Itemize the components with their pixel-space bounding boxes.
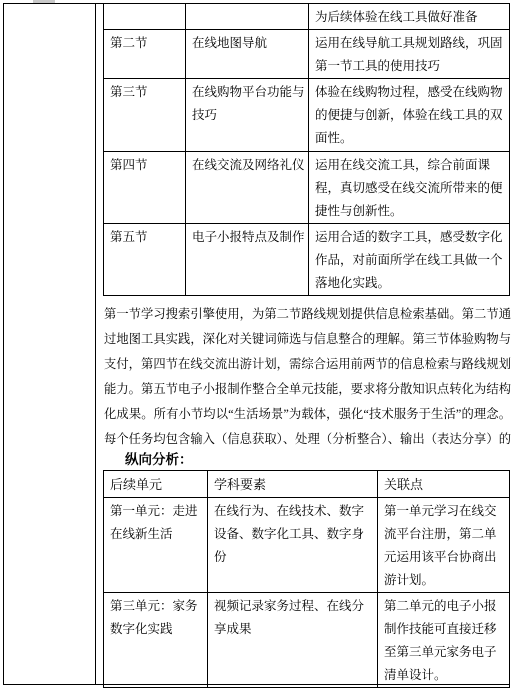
- goal-cell: 运用合适的数字工具，感受数字化作品，对前面所学在线工具做一个落地化实践。: [309, 224, 510, 296]
- title-cell: 电子小报特点及制作: [186, 224, 309, 296]
- section-cell: 第二节: [104, 30, 186, 79]
- header-subject-elements: 学科要素: [208, 471, 378, 498]
- section-cell: 第四节: [104, 152, 186, 224]
- table-row: 为后续体验在线工具做好准备: [104, 4, 510, 30]
- section-cell: 第五节: [104, 224, 186, 296]
- table-row: 第五节 电子小报特点及制作 运用合适的数字工具，感受数字化作品，对前面所学在线工…: [104, 224, 510, 296]
- title-cell: 在线购物平台功能与技巧: [186, 79, 309, 152]
- table-header-row: 后续单元 学科要素 关联点: [104, 471, 510, 498]
- title-cell: 在线地图导航: [186, 30, 309, 79]
- section-cell: [104, 4, 186, 30]
- outer-table-left-border: [3, 3, 4, 685]
- goal-cell: 体验在线购物过程，感受在线购物的便捷与创新，体验在线工具的双面性。: [309, 79, 510, 152]
- unit-cell: 第三单元：家务数字化实践: [104, 593, 208, 688]
- unit-sections-table: 为后续体验在线工具做好准备 第二节 在线地图导航 运用在线导航工具规划路线，巩固…: [103, 3, 510, 296]
- document-page: 为后续体验在线工具做好准备 第二节 在线地图导航 运用在线导航工具规划路线，巩固…: [0, 0, 513, 690]
- elements-cell: 在线行为、在线技术、数字设备、数字化工具、数字身份: [208, 498, 378, 593]
- table-row: 第三单元：家务数字化实践 视频记录家务过程、在线分享成果 第二单元的电子小报制作…: [104, 593, 510, 688]
- section-cell: 第三节: [104, 79, 186, 152]
- horizontal-analysis-paragraph: 第一节学习搜索引擎使用，为第二节路线规划提供信息检索基础。第二节通过地图工具实践…: [104, 290, 511, 450]
- table-row: 第四节 在线交流及网络礼仪 运用在线交流工具，综合前面课程，真切感受在线交流所带…: [104, 152, 510, 224]
- header-next-unit: 后续单元: [104, 471, 208, 498]
- title-cell: 在线交流及网络礼仪: [186, 152, 309, 224]
- outer-cell-divider: [95, 3, 96, 685]
- elements-cell: 视频记录家务过程、在线分享成果: [208, 593, 378, 688]
- goal-cell: 运用在线交流工具，综合前面课程，真切感受在线交流所带来的便捷性与创新性。: [309, 152, 510, 224]
- vertical-analysis-heading: 纵向分析：: [125, 451, 193, 469]
- goal-cell: 为后续体验在线工具做好准备: [309, 4, 510, 30]
- header-connection-point: 关联点: [378, 471, 510, 498]
- title-cell: [186, 4, 309, 30]
- table-row: 第三节 在线购物平台功能与技巧 体验在线购物过程，感受在线购物的便捷与创新，体验…: [104, 79, 510, 152]
- table-row: 第二节 在线地图导航 运用在线导航工具规划路线，巩固第一节工具的使用技巧: [104, 30, 510, 79]
- connection-cell: 第一单元学习在线交流平台注册，第二单元运用该平台协商出游计划。: [378, 498, 510, 593]
- unit-cell: 第一单元：走进在线新生活: [104, 498, 208, 593]
- connection-cell: 第二单元的电子小报制作技能可直接迁移至第三单元家务电子清单设计。: [378, 593, 510, 688]
- goal-cell: 运用在线导航工具规划路线，巩固第一节工具的使用技巧: [309, 30, 510, 79]
- vertical-analysis-table: 后续单元 学科要素 关联点 第一单元：走进在线新生活 在线行为、在线技术、数字设…: [103, 470, 510, 688]
- table-row: 第一单元：走进在线新生活 在线行为、在线技术、数字设备、数字化工具、数字身份 第…: [104, 498, 510, 593]
